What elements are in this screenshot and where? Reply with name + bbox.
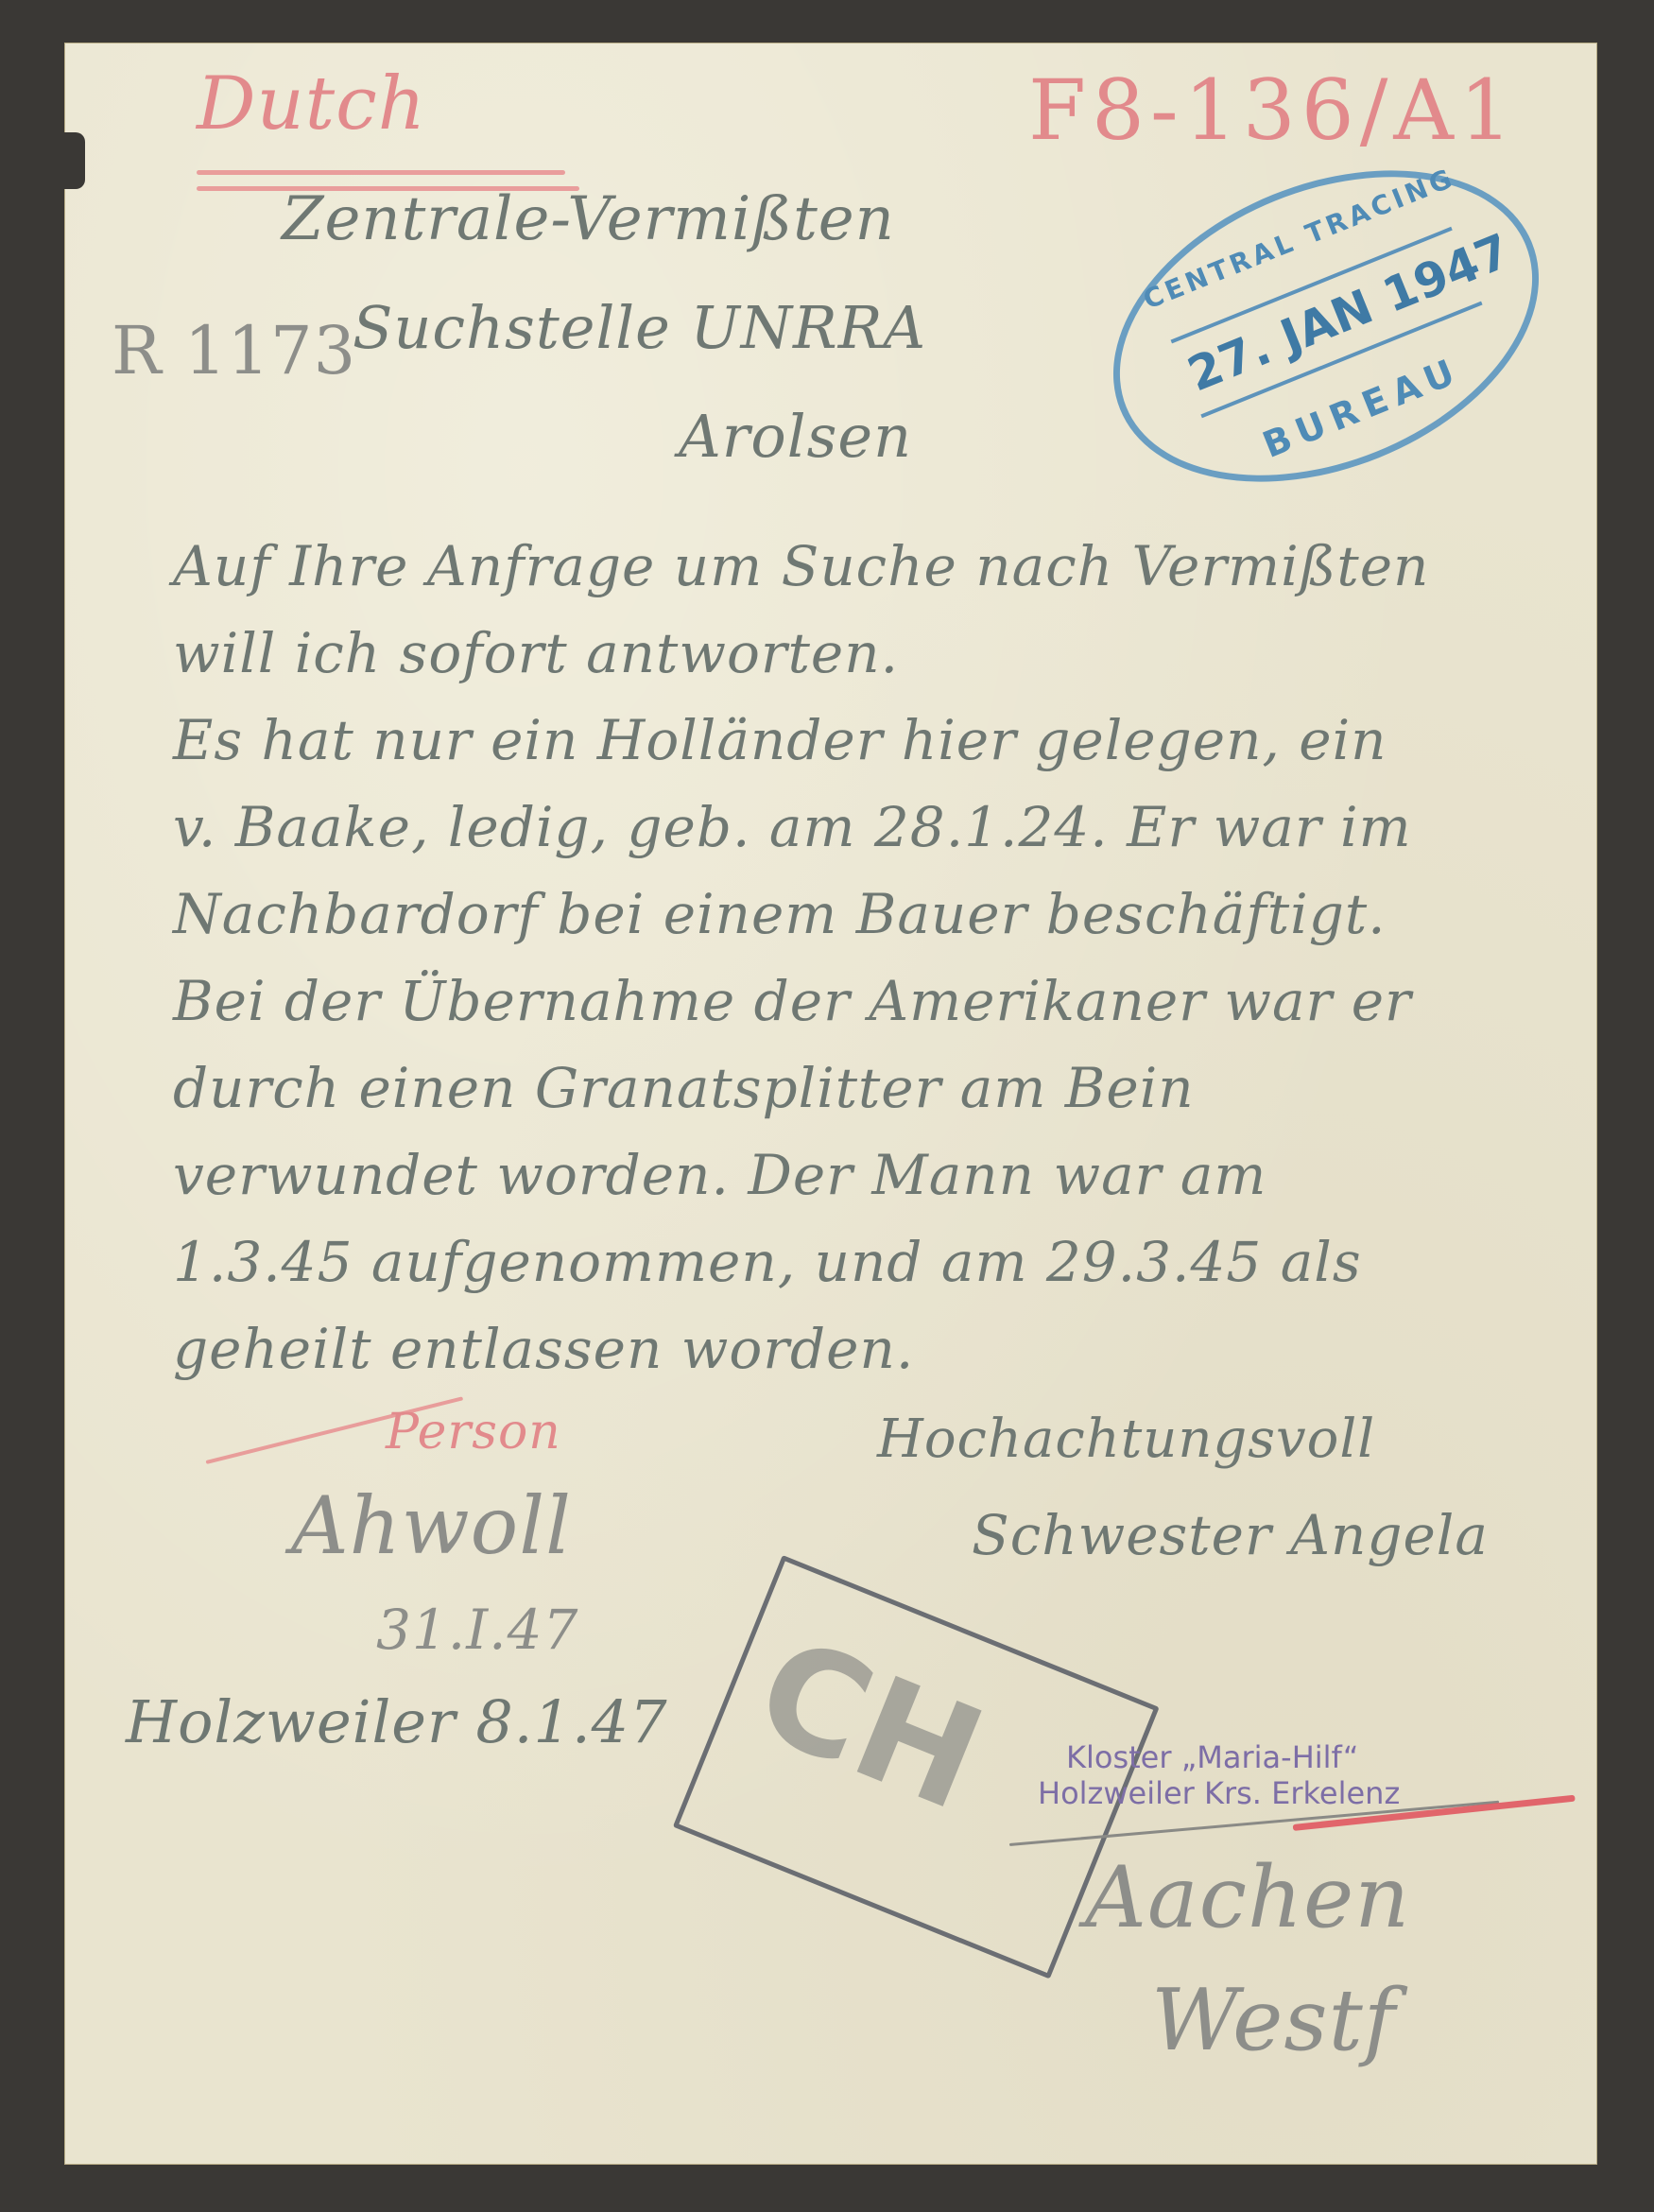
kloster-line-2: Holzweiler Krs. Erkelenz xyxy=(1038,1775,1400,1811)
addressee-line-3: Arolsen xyxy=(679,402,912,471)
closing: Hochachtungsvoll xyxy=(877,1408,1375,1470)
body-line: durch einen Granatsplitter am Bein xyxy=(173,1056,1195,1120)
pencil-date: 31.I.47 xyxy=(376,1598,578,1662)
central-tracing-stamp: CENTRAL TRACING 27. JAN 1947 BUREAU xyxy=(1067,112,1585,541)
kloster-line-1: Kloster „Maria-Hilf“ xyxy=(1038,1739,1400,1775)
body-line: Nachbardorf bei einem Bauer beschäftigt. xyxy=(173,882,1387,946)
document-page: Dutch F8-136/A1 R 1173 Zentrale-Vermißte… xyxy=(64,43,1597,2165)
addressee-line-2: Suchstelle UNRRA xyxy=(353,293,926,362)
body-line: 1.3.45 aufgenommen, und am 29.3.45 als xyxy=(173,1230,1362,1294)
body-line: v. Baake, ledig, geb. am 28.1.24. Er war… xyxy=(173,795,1412,859)
body-line: Bei der Übernahme der Amerikaner war er xyxy=(173,969,1412,1033)
body-line: will ich sofort antworten. xyxy=(173,621,899,685)
body-line: geheilt entlassen worden. xyxy=(173,1317,914,1381)
body-line: Auf Ihre Anfrage um Suche nach Vermißten xyxy=(173,534,1429,598)
addressee-line-1: Zentrale-Vermißten xyxy=(282,184,895,254)
pencil-location: Aachen xyxy=(1085,1848,1410,1947)
place-date: Holzweiler 8.1.47 xyxy=(126,1687,668,1756)
archive-reference: F8-136/A1 xyxy=(1028,61,1518,159)
pencil-location-2: Westf xyxy=(1151,1971,1396,2070)
signature: Schwester Angela xyxy=(972,1503,1489,1567)
pencil-initials: Ahwoll xyxy=(291,1479,572,1572)
torn-edge xyxy=(64,132,85,189)
body-line: Es hat nur ein Holländer hier gelegen, e… xyxy=(173,708,1387,772)
underline-1 xyxy=(197,170,565,175)
box-stamp-letters: CH xyxy=(735,1607,1004,1843)
nationality-note: Dutch xyxy=(197,61,426,147)
body-line: verwundet worden. Der Mann war am xyxy=(173,1143,1266,1207)
red-annotation: Person xyxy=(386,1404,561,1460)
kloster-stamp: Kloster „Maria-Hilf“ Holzweiler Krs. Erk… xyxy=(1038,1739,1400,1811)
register-number: R 1173 xyxy=(112,312,356,389)
